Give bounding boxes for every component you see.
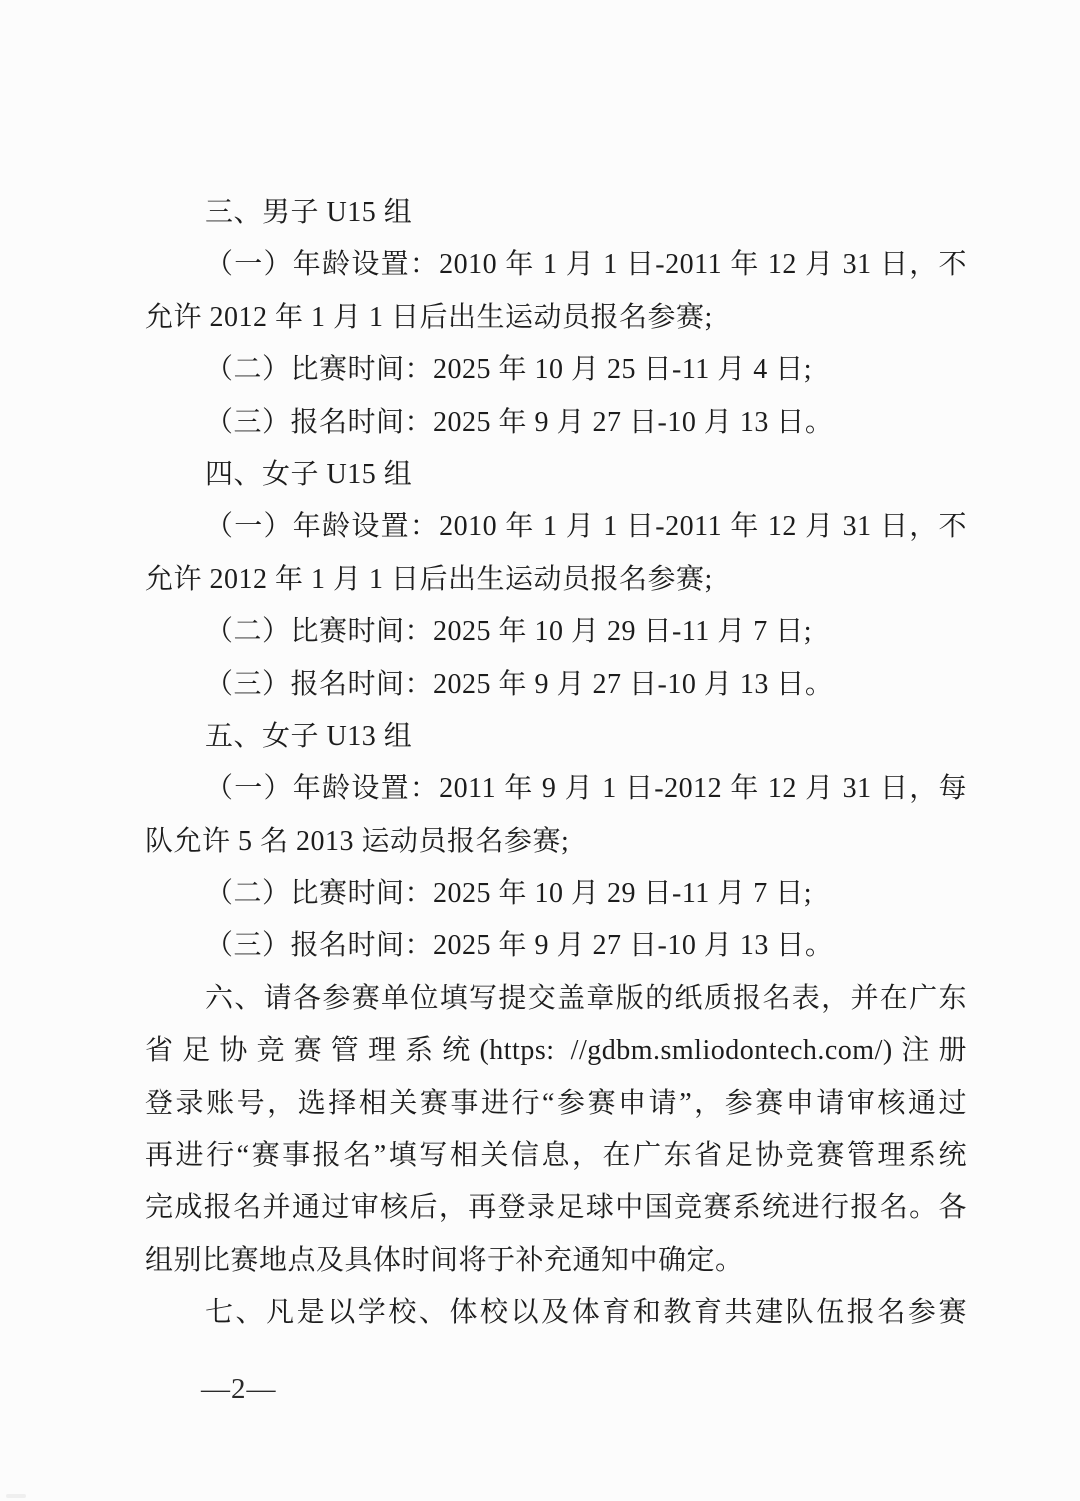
sec5-age-setting-line1: （一）年龄设置：2011 年 9 月 1 日-2012 年 12 月 31 日，… — [145, 763, 967, 815]
sec4-age-setting-line2: 允许 2012 年 1 月 1 日后出生运动员报名参赛; — [145, 554, 967, 606]
sec4-registration-time: （三）报名时间：2025 年 9 月 27 日-10 月 13 日。 — [145, 659, 967, 711]
document-body: 三、男子 U15 组（一）年龄设置：2010 年 1 月 1 日-2011 年 … — [145, 187, 967, 1340]
sec5-registration-time: （三）报名时间：2025 年 9 月 27 日-10 月 13 日。 — [145, 920, 967, 972]
heading-section-4-women-u15: 四、女子 U15 组 — [145, 449, 967, 501]
heading-section-5-women-u13: 五、女子 U13 组 — [145, 711, 967, 763]
sec5-match-time: （二）比赛时间：2025 年 10 月 29 日-11 月 7 日; — [145, 868, 967, 920]
sec4-age-setting-line1: （一）年龄设置：2010 年 1 月 1 日-2011 年 12 月 31 日，… — [145, 501, 967, 553]
sec6-paragraph-line2-url: 省足协竞赛管理系统(https: //gdbm.smliodontech.com… — [145, 1025, 967, 1077]
heading-section-3-men-u15: 三、男子 U15 组 — [145, 187, 967, 239]
sec3-age-setting-line2: 允许 2012 年 1 月 1 日后出生运动员报名参赛; — [145, 292, 967, 344]
sec6-paragraph-line1: 六、请各参赛单位填写提交盖章版的纸质报名表，并在广东 — [145, 973, 967, 1025]
sec3-registration-time: （三）报名时间：2025 年 9 月 27 日-10 月 13 日。 — [145, 397, 967, 449]
sec6-paragraph-line3: 登录账号，选择相关赛事进行“参赛申请”，参赛申请审核通过后， — [145, 1078, 967, 1130]
sec5-age-setting-line2: 队允许 5 名 2013 运动员报名参赛; — [145, 816, 967, 868]
sec4-match-time: （二）比赛时间：2025 年 10 月 29 日-11 月 7 日; — [145, 606, 967, 658]
sec6-paragraph-line6: 组别比赛地点及具体时间将于补充通知中确定。 — [145, 1235, 967, 1287]
page-number: —2— — [201, 1363, 277, 1415]
sec3-age-setting-line1: （一）年龄设置：2010 年 1 月 1 日-2011 年 12 月 31 日，… — [145, 239, 967, 291]
sec6-paragraph-line5: 完成报名并通过审核后，再登录足球中国竞赛系统进行报名。各 — [145, 1182, 967, 1234]
sec7-paragraph-line1: 七、凡是以学校、体校以及体育和教育共建队伍报名参赛的， — [145, 1287, 967, 1339]
document-page: 三、男子 U15 组（一）年龄设置：2010 年 1 月 1 日-2011 年 … — [0, 0, 1080, 1501]
sec3-match-time: （二）比赛时间：2025 年 10 月 25 日-11 月 4 日; — [145, 344, 967, 396]
sec6-paragraph-line4: 再进行“赛事报名”填写相关信息，在广东省足协竞赛管理系统 — [145, 1130, 967, 1182]
scan-artifact — [6, 1494, 26, 1498]
